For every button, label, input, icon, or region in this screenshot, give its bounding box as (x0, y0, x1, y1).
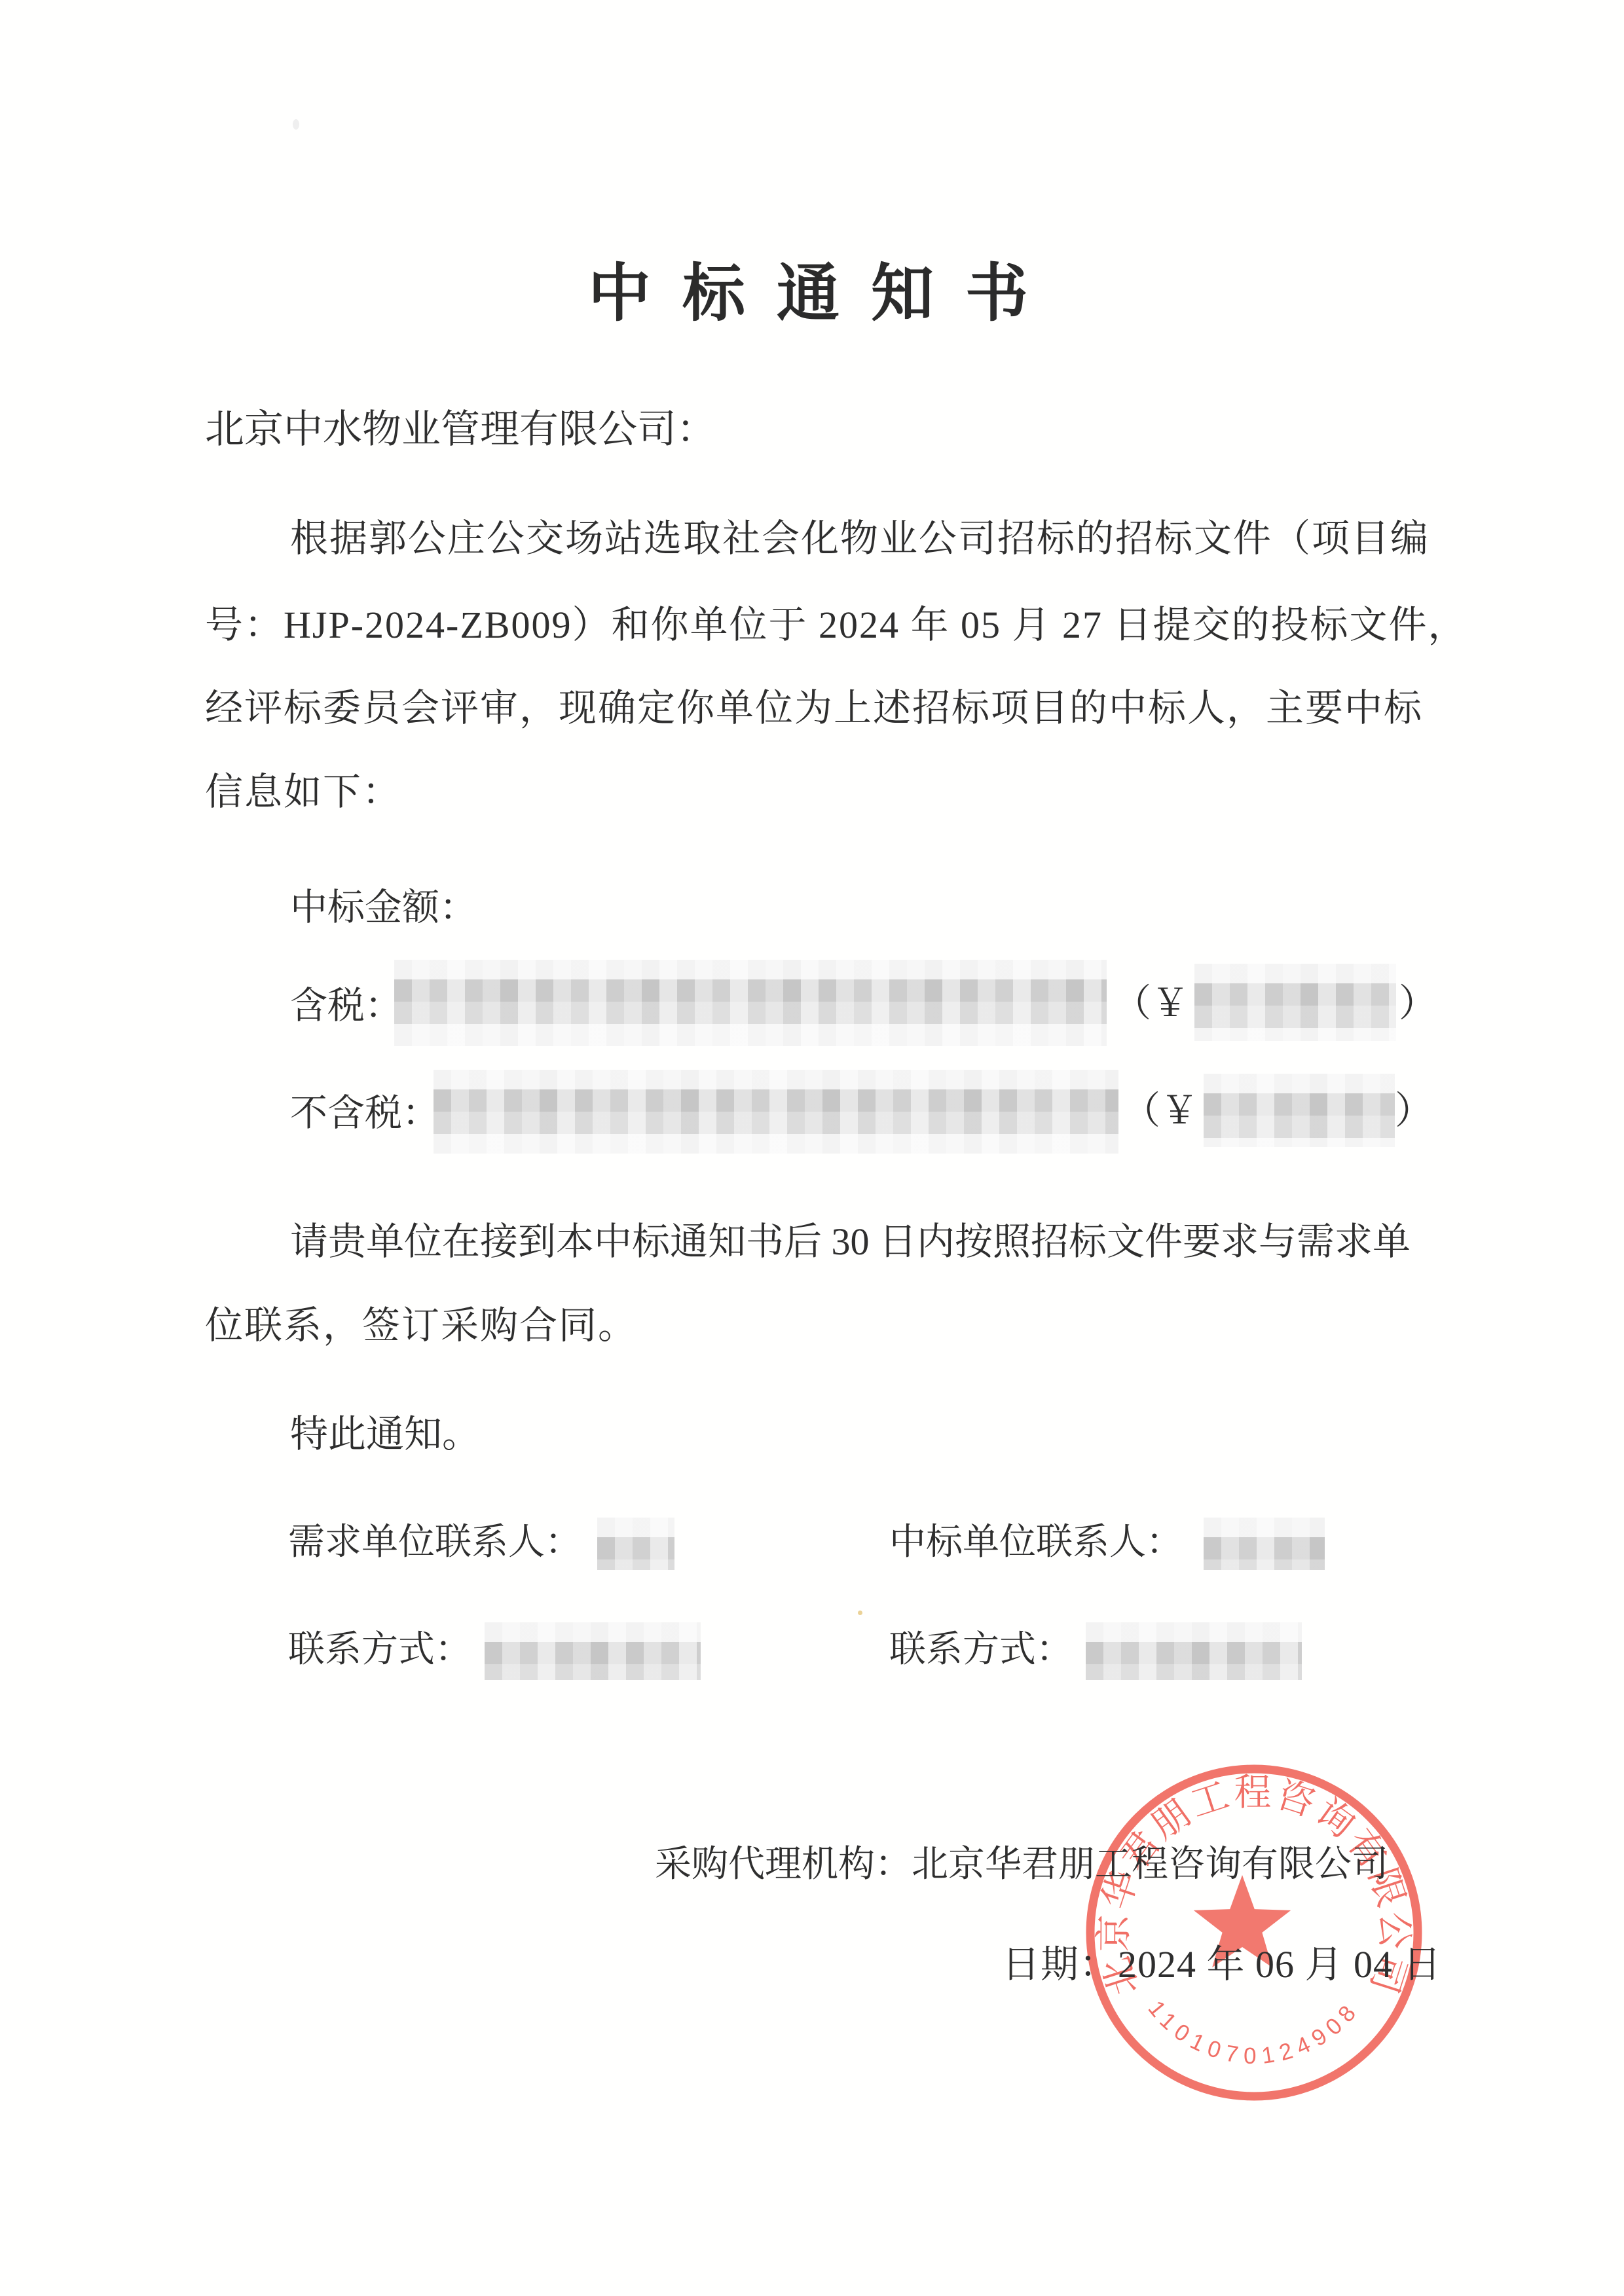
body-paragraph1-line3: 经评标委员会评审，现确定你单位为上述招标项目的中标人，主要中标 (205, 687, 1423, 731)
demand-contact-name-label: 需求单位联系人： (288, 1522, 581, 1563)
without-tax-paren-close: ） (1395, 1089, 1433, 1133)
body-paragraph1-line4: 信息如下： (205, 771, 401, 814)
seal-number-text: 1101070124908 (1143, 1995, 1365, 2069)
redacted-amount-without-tax-text (434, 1070, 1118, 1154)
winner-contact-phone-label: 联系方式： (889, 1629, 1073, 1671)
redacted-amount-without-tax-figure (1204, 1074, 1395, 1147)
page-title: 中 标 通 知 书 (0, 244, 1624, 333)
body-paragraph1-line2: 号：HJP-2024-ZB009）和你单位于 2024 年 05 月 27 日提… (205, 604, 1467, 647)
scan-artifact (293, 119, 299, 130)
with-tax-paren-open-currency: （￥ (1113, 982, 1189, 1026)
date-line: 日期：2024 年 06 月 04 日 (1002, 1943, 1442, 1987)
notice-line: 特此通知。 (290, 1413, 480, 1457)
redacted-amount-with-tax-figure (1194, 964, 1396, 1041)
winner-contact-name-label: 中标单位联系人： (889, 1522, 1183, 1563)
redacted-demand-contact-name (597, 1518, 674, 1570)
scan-speck (858, 1611, 862, 1615)
award-amount-heading: 中标金额： (290, 886, 477, 930)
redacted-winner-contact-name (1204, 1518, 1325, 1570)
with-tax-paren-close: ） (1399, 982, 1437, 1026)
with-tax-label: 含税： (290, 985, 402, 1028)
redacted-winner-contact-phone (1086, 1622, 1302, 1680)
demand-contact-phone-label: 联系方式： (288, 1629, 471, 1671)
recipient-line: 北京中水物业管理有限公司： (205, 407, 716, 452)
redacted-demand-contact-phone (485, 1622, 701, 1680)
body-paragraph2-line1: 请贵单位在接到本中标通知书后 30 日内按照招标文件要求与需求单 (290, 1220, 1411, 1264)
body-paragraph1-line1: 根据郭公庄公交场站选取社会化物业公司招标的招标文件（项目编 (290, 517, 1430, 561)
body-paragraph2-line2: 位联系，签订采购合同。 (205, 1304, 637, 1348)
without-tax-paren-open-currency: （￥ (1122, 1089, 1198, 1133)
agency-line: 采购代理机构：北京华君朋工程咨询有限公司 (655, 1844, 1388, 1886)
notice-document-page: 中 标 通 知 书 北京中水物业管理有限公司： 根据郭公庄公交场站选取社会化物业… (0, 0, 1624, 2296)
redacted-amount-with-tax-text (394, 960, 1107, 1046)
without-tax-label: 不含税： (290, 1092, 439, 1135)
